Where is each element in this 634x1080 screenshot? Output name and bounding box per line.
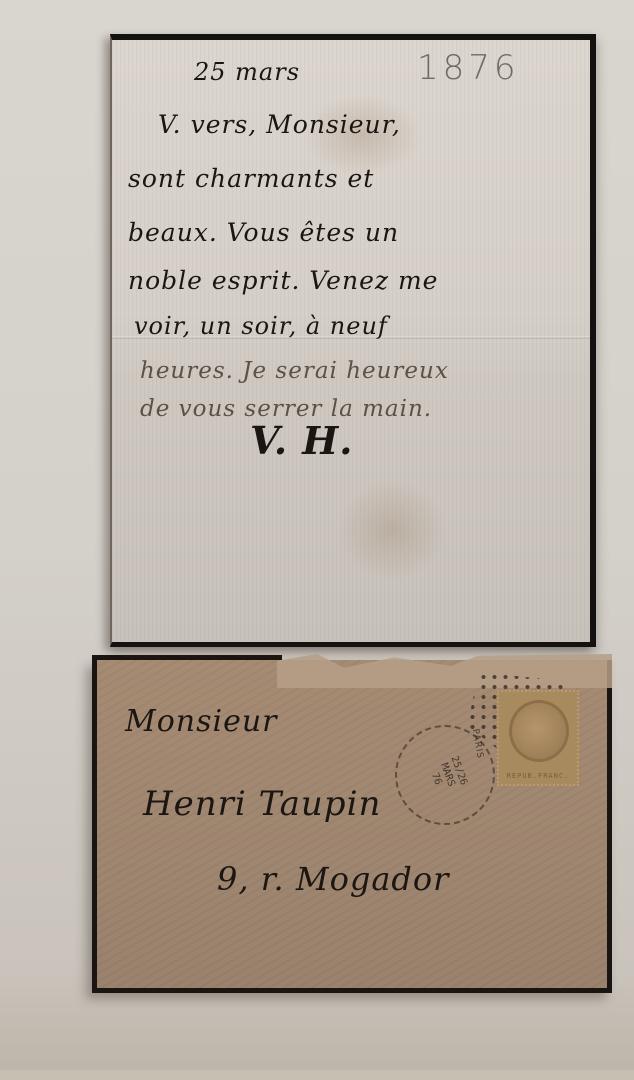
letter-line: beaux. Vous êtes un [128, 218, 399, 247]
stamp-text: REPUB.FRANC. [499, 772, 577, 780]
frame-edge [0, 1070, 634, 1080]
envelope-border [92, 655, 282, 660]
paper-stain [337, 480, 447, 580]
letter-line: sont charmants et [128, 164, 374, 193]
envelope-salutation: Monsieur [125, 704, 278, 739]
pencil-year: 1876 [417, 48, 520, 88]
envelope: 60 REPUB.FRANC. 25/26 MARS 76 PARIS Mons… [92, 660, 612, 993]
letter-sheet: 25 mars 1876 V. vers, Monsieur, sont cha… [110, 34, 596, 647]
postage-stamp-icon: REPUB.FRANC. [497, 690, 579, 786]
postmark: 25/26 MARS 76 PARIS [395, 725, 495, 825]
letter-date: 25 mars [194, 58, 300, 86]
postmark-date: 25/26 MARS 76 [421, 743, 474, 808]
letter-line: noble esprit. Venez me [128, 266, 438, 295]
letter-line: V. vers, Monsieur, [158, 110, 401, 139]
letter-line: heures. Je serai heureux [140, 358, 449, 384]
ceres-portrait [509, 700, 569, 762]
envelope-address: 9, r. Mogador [217, 860, 449, 898]
letter-line: voir, un soir, à neuf [134, 312, 388, 340]
envelope-recipient: Henri Taupin [143, 784, 381, 824]
signature: V. H. [250, 418, 353, 463]
